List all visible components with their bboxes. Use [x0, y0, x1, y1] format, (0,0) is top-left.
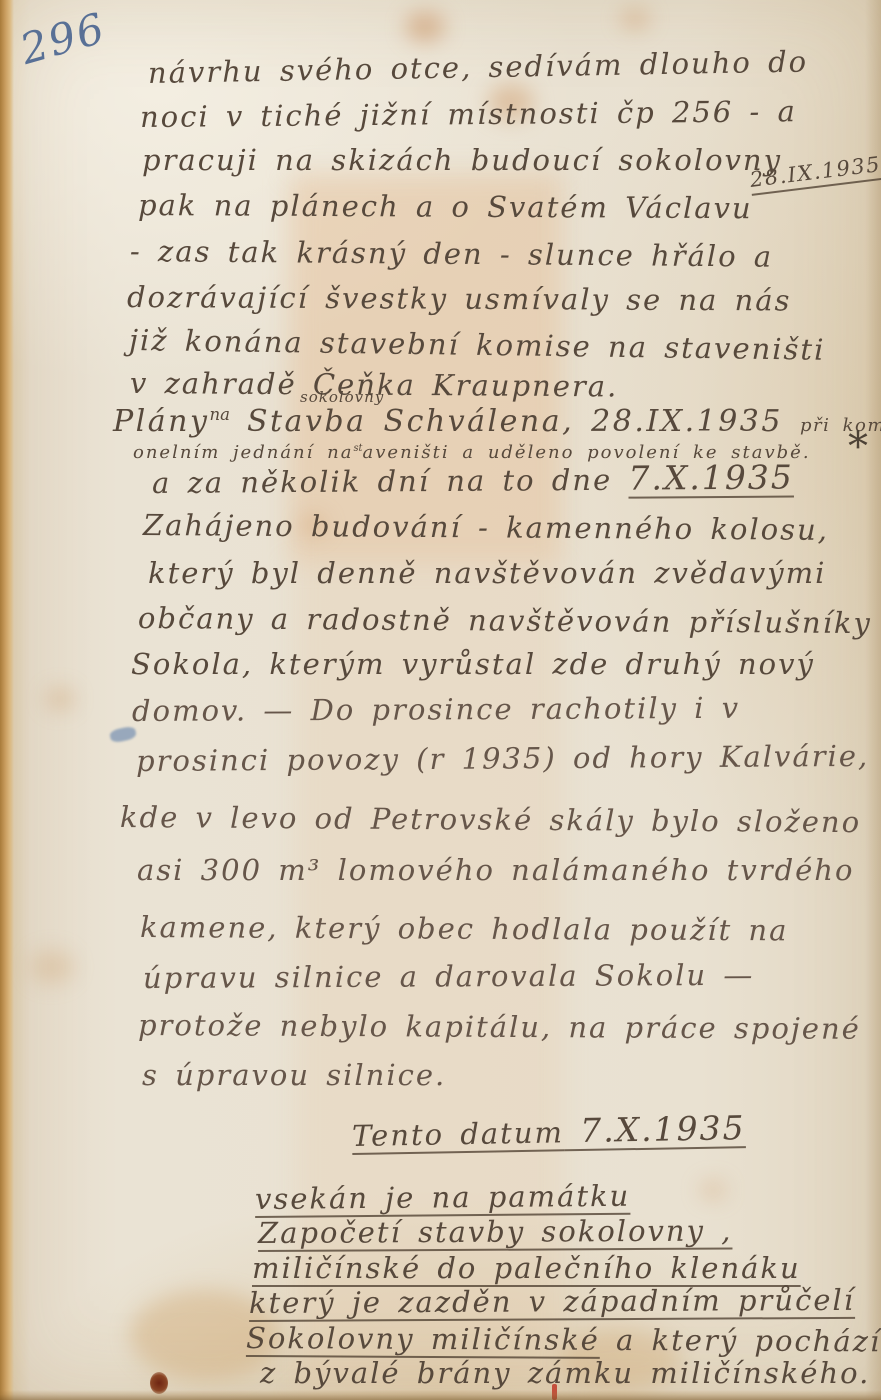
- manuscript-line: Sokola, kterým vyrůstal zde druhý nový: [131, 647, 815, 681]
- manuscript-line: miličínské do palečního klenáku: [252, 1251, 801, 1285]
- manuscript-line: již konána stavební komise na staveništi: [129, 323, 826, 367]
- line-part: a který pochází: [616, 1323, 881, 1358]
- book-gutter-edge: [0, 0, 14, 1400]
- manuscript-line: návrhu svého otce, sedívám dlouho do: [148, 44, 809, 90]
- manuscript-line: z bývalé brány zámku miličínského.: [260, 1356, 870, 1390]
- paper-stain: [700, 1180, 726, 1200]
- manuscript-line: pracuji na skizách budoucí sokolovny: [142, 143, 782, 177]
- manuscript-line: Sokolovny miličínské a který pochází: [246, 1321, 881, 1358]
- manuscript-line: asi 300 m³ lomového nalámaného tvrdého: [137, 853, 854, 887]
- page-right-shadow: [865, 0, 881, 1400]
- paper-stain: [405, 12, 445, 42]
- manuscript-line: - zas tak krásný den - slunce hřálo a: [130, 234, 773, 274]
- manuscript-line: Započetí stavby sokolovny ,: [258, 1214, 733, 1250]
- manuscript-line: dozrávající švestky usmívaly se na nás: [127, 280, 792, 317]
- page-number: 296: [15, 3, 111, 74]
- manuscript-line: kamene, který obec hodlala použít na: [140, 910, 789, 947]
- line-part: při komisi-: [800, 415, 881, 436]
- manuscript-line: domov. — Do prosince rachotily i v: [132, 691, 740, 728]
- line-part: a za několik dní na to dne: [152, 463, 612, 500]
- manuscript-line: vsekán je na památku: [255, 1179, 631, 1216]
- margin-asterisk: *: [848, 424, 868, 470]
- underlined-part: Sokolovny miličínské: [246, 1321, 600, 1357]
- paper-stain: [46, 688, 74, 710]
- line-part: Plány: [113, 404, 209, 439]
- blue-smudge: [109, 725, 137, 743]
- inline-date: 28.IX.1935: [591, 404, 783, 439]
- page-bottom-edge: [0, 1390, 881, 1400]
- inline-date: 7.X.1935: [580, 1108, 746, 1150]
- inline-date: 7.X.1935: [628, 458, 794, 498]
- manuscript-line: noci v tiché jižní místnosti čp 256 - a: [140, 94, 797, 134]
- superscript-insertion: st: [353, 443, 362, 454]
- superscript-insertion: na: [209, 405, 229, 424]
- manuscript-line: Tento datum 7.X.1935: [352, 1108, 746, 1154]
- manuscript-line: pak na plánech a o Svatém Václavu: [138, 188, 753, 225]
- manuscript-line: protože nebylo kapitálu, na práce spojen…: [138, 1008, 861, 1046]
- manuscript-line: který je zazděn v západním průčelí: [249, 1283, 855, 1320]
- manuscript-page: 296 návrhu svého otce, sedívám dlouho do…: [0, 0, 881, 1400]
- paper-stain: [620, 8, 650, 30]
- manuscript-line: prosinci povozy (r 1935) od hory Kalvári…: [136, 739, 869, 778]
- manuscript-line: s úpravou silnice.: [142, 1058, 446, 1092]
- manuscript-line: Zahájeno budování - kamenného kolosu,: [143, 508, 829, 547]
- line-part: Tento datum: [352, 1115, 565, 1153]
- paper-stain: [30, 950, 74, 984]
- manuscript-line: který byl denně navštěvován zvědavými: [148, 556, 826, 590]
- manuscript-line: Plányna Stavba Schválena, 28.IX.1935 při…: [113, 404, 881, 439]
- manuscript-line: úpravu silnice a darovala Sokolu —: [143, 958, 755, 995]
- manuscript-line: a za několik dní na to dne 7.X.1935: [152, 458, 794, 501]
- line-part: Stavba Schválena,: [247, 404, 574, 439]
- manuscript-line: občany a radostně navštěvován příslušník…: [138, 601, 872, 640]
- manuscript-line: kde v levo od Petrovské skály bylo slože…: [120, 800, 861, 839]
